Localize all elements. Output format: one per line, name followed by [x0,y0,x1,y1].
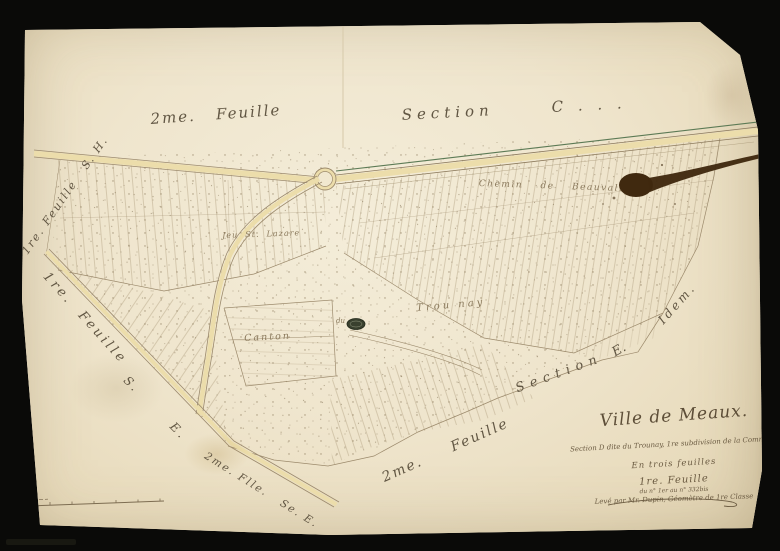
title-line3: En trois feuilles [570,455,778,474]
title-line2: Section D dite du Trounay, 1re subdivisi… [570,436,778,454]
section-c-letter: C . . . [551,94,627,116]
archive-mark [6,539,76,545]
scale-bar [28,499,164,507]
section-c-word: Section [401,101,494,124]
label-canton: Canton [244,332,291,344]
title-block: Ville de Meaux. Section D dite du Trouna… [570,408,778,518]
photographed-map: SectionC . . . 2me. Feuille 1re. Feuille… [0,0,780,551]
label-du: du [336,318,345,325]
oval-stamp [347,319,365,330]
map-sheet: SectionC . . . 2me. Feuille 1re. Feuille… [14,8,766,544]
